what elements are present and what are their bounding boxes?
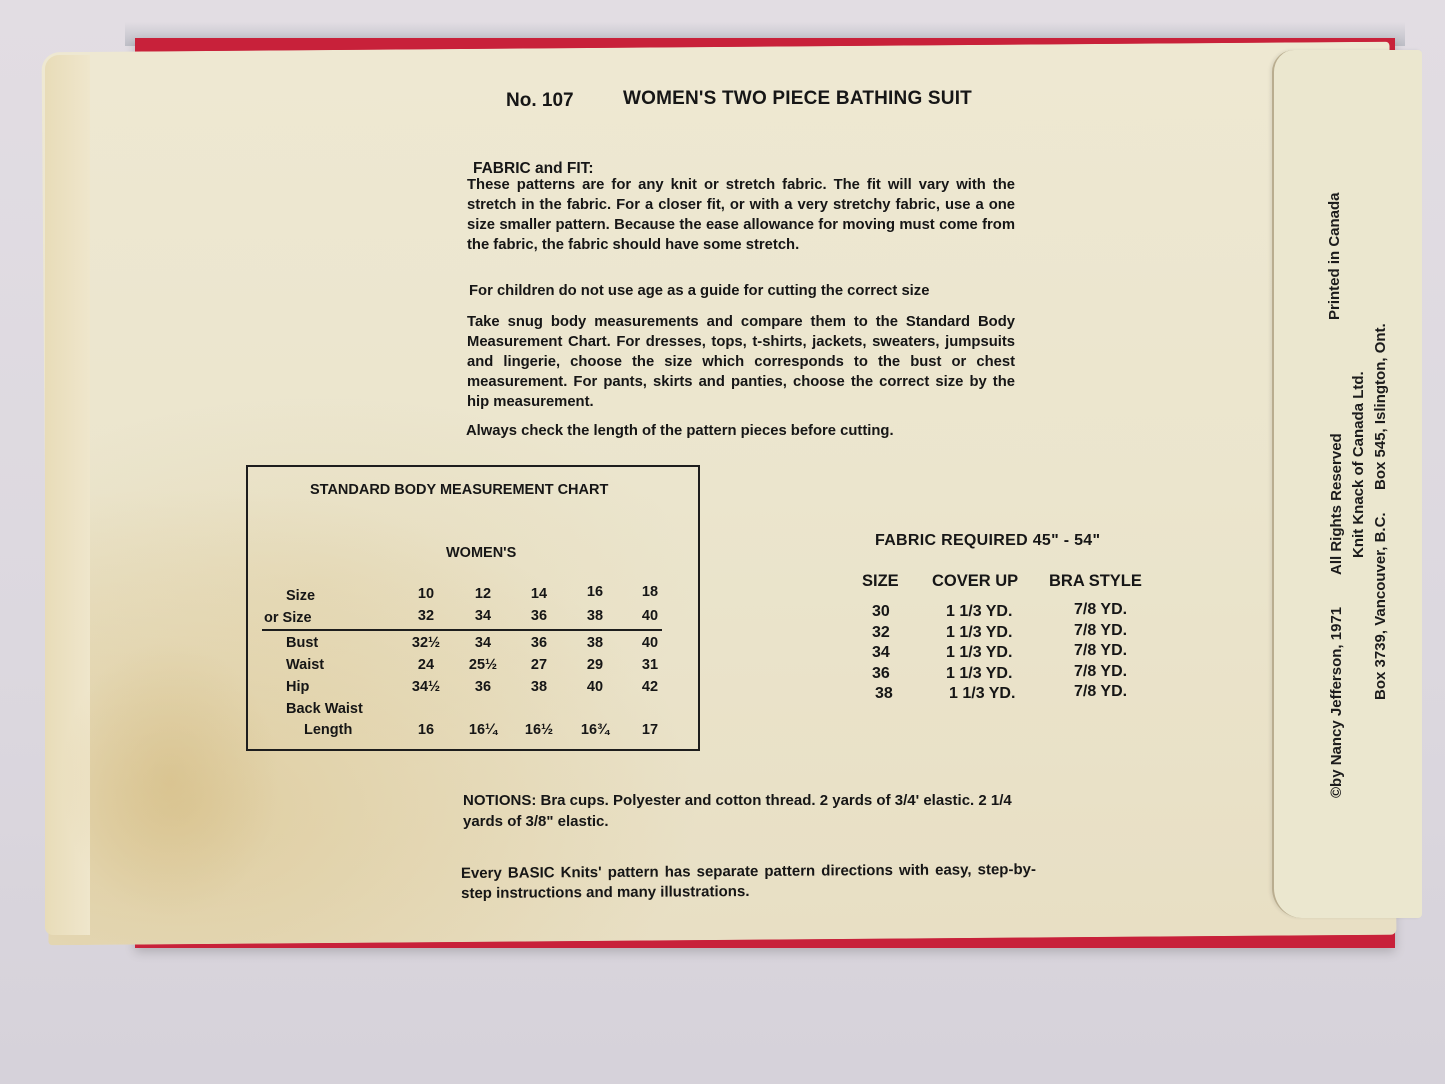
chart-row-label: Waist [286,657,324,673]
rights-line: All Rights Reserved [1328,433,1345,575]
chart-title: STANDARD BODY MEASUREMENT CHART [310,482,608,498]
chart-cell: 16 [406,722,446,738]
chart-cell: 16¼ [463,722,503,738]
chart-cell: 36 [519,635,559,651]
chart-row-label: Hip [286,679,309,695]
publisher-line: Knit Knack of Canada Ltd. [1350,371,1367,558]
chart-cell: 38 [575,608,615,624]
fabric-table-cell: 1 1/3 YD. [946,624,1012,642]
chart-row-label: or Size [264,610,312,626]
chart-subtitle: WOMEN'S [446,545,516,561]
chart-row-label: Size [286,588,315,604]
chart-row-label: Back Waist [286,701,363,717]
chart-cell: 38 [575,635,615,651]
fabric-table-cell: 7/8 YD. [1074,642,1127,660]
fabric-fit-paragraph: These patterns are for any knit or stret… [467,175,1015,255]
pattern-back-content: No. 107 WOMEN'S TWO PIECE BATHING SUIT F… [0,0,1445,1084]
chart-cell: 16½ [519,722,559,738]
fabric-table-cell: 1 1/3 YD. [946,603,1012,621]
chart-cell: 32 [406,608,446,624]
fabric-table-cell: 1 1/3 YD. [949,685,1015,703]
chart-cell: 42 [630,679,670,695]
chart-cell: 34 [463,608,503,624]
chart-cell: 25½ [463,657,503,673]
copyright-line: ©by Nancy Jefferson, 1971 [1328,607,1345,798]
chart-cell: 34 [463,635,503,651]
chart-cell: 31 [630,657,670,673]
chart-cell: 32½ [406,635,446,651]
fabric-table-cell: 1 1/3 YD. [946,644,1012,662]
chart-cell: 14 [519,586,559,602]
chart-cell: 36 [519,608,559,624]
chart-divider [262,629,662,631]
chart-row: Back Waist [248,701,698,723]
chart-cell: 17 [630,722,670,738]
pattern-title: WOMEN'S TWO PIECE BATHING SUIT [623,88,972,110]
fabric-table-cell: 1 1/3 YD. [946,665,1012,683]
flap-credits: ©by Nancy Jefferson, 1971 All Rights Res… [1274,50,1422,918]
fabric-table-cell: 36 [872,665,890,683]
chart-row: Size1012141618 [248,588,698,610]
chart-cell: 12 [463,586,503,602]
chart-cell: 40 [630,608,670,624]
fabric-table-cell: 34 [872,644,890,662]
chart-cell: 27 [519,657,559,673]
chart-row: Bust32½34363840 [248,635,698,657]
chart-cell: 16¾ [575,722,615,738]
notions-text: NOTIONS: Bra cups. Polyester and cotton … [463,790,1043,832]
chart-cell: 18 [630,584,670,600]
chart-row: Length1616¼16½16¾17 [248,722,698,744]
children-size-note: For children do not use age as a guide f… [469,281,1017,301]
fabric-table-cell: 7/8 YD. [1074,601,1127,619]
chart-cell: 24 [406,657,446,673]
chart-row-label: Bust [286,635,318,651]
chart-cell: 16 [575,584,615,600]
fabric-table-header: SIZE [862,572,899,591]
chart-cell: 38 [519,679,559,695]
fabric-table-cell: 7/8 YD. [1074,683,1127,701]
fabric-table-cell: 7/8 YD. [1074,622,1127,640]
chart-cell: 10 [406,586,446,602]
chart-cell: 36 [463,679,503,695]
fabric-required-title: FABRIC REQUIRED 45" - 54" [875,532,1100,550]
length-check-note: Always check the length of the pattern p… [466,421,1014,441]
chart-row: Hip34½36384042 [248,679,698,701]
fabric-table-header: BRA STYLE [1049,572,1142,591]
fabric-table-cell: 38 [875,685,893,703]
body-measurement-chart: STANDARD BODY MEASUREMENT CHART WOMEN'S … [246,465,700,751]
fabric-table-header: COVER UP [932,572,1018,591]
chart-cell: 29 [575,657,615,673]
fabric-table-cell: 30 [872,603,890,621]
pattern-number: No. 107 [506,90,574,112]
footer-note: Every BASIC Knits' pattern has separate … [461,860,1036,904]
chart-cell: 34½ [406,679,446,695]
chart-cell: 40 [630,635,670,651]
chart-cell: 40 [575,679,615,695]
printed-in-canada: Printed in Canada [1326,192,1343,320]
fabric-table-cell: 7/8 YD. [1074,663,1127,681]
chart-row: Waist2425½272931 [248,657,698,679]
address-vancouver: Box 3739, Vancouver, B.C. [1372,512,1389,700]
measurement-instructions: Take snug body measurements and compare … [467,312,1015,412]
address-islington: Box 545, Islington, Ont. [1372,323,1389,490]
fabric-table-cell: 32 [872,624,890,642]
chart-row-label: Length [304,722,352,738]
envelope-flap: ©by Nancy Jefferson, 1971 All Rights Res… [1272,50,1422,918]
